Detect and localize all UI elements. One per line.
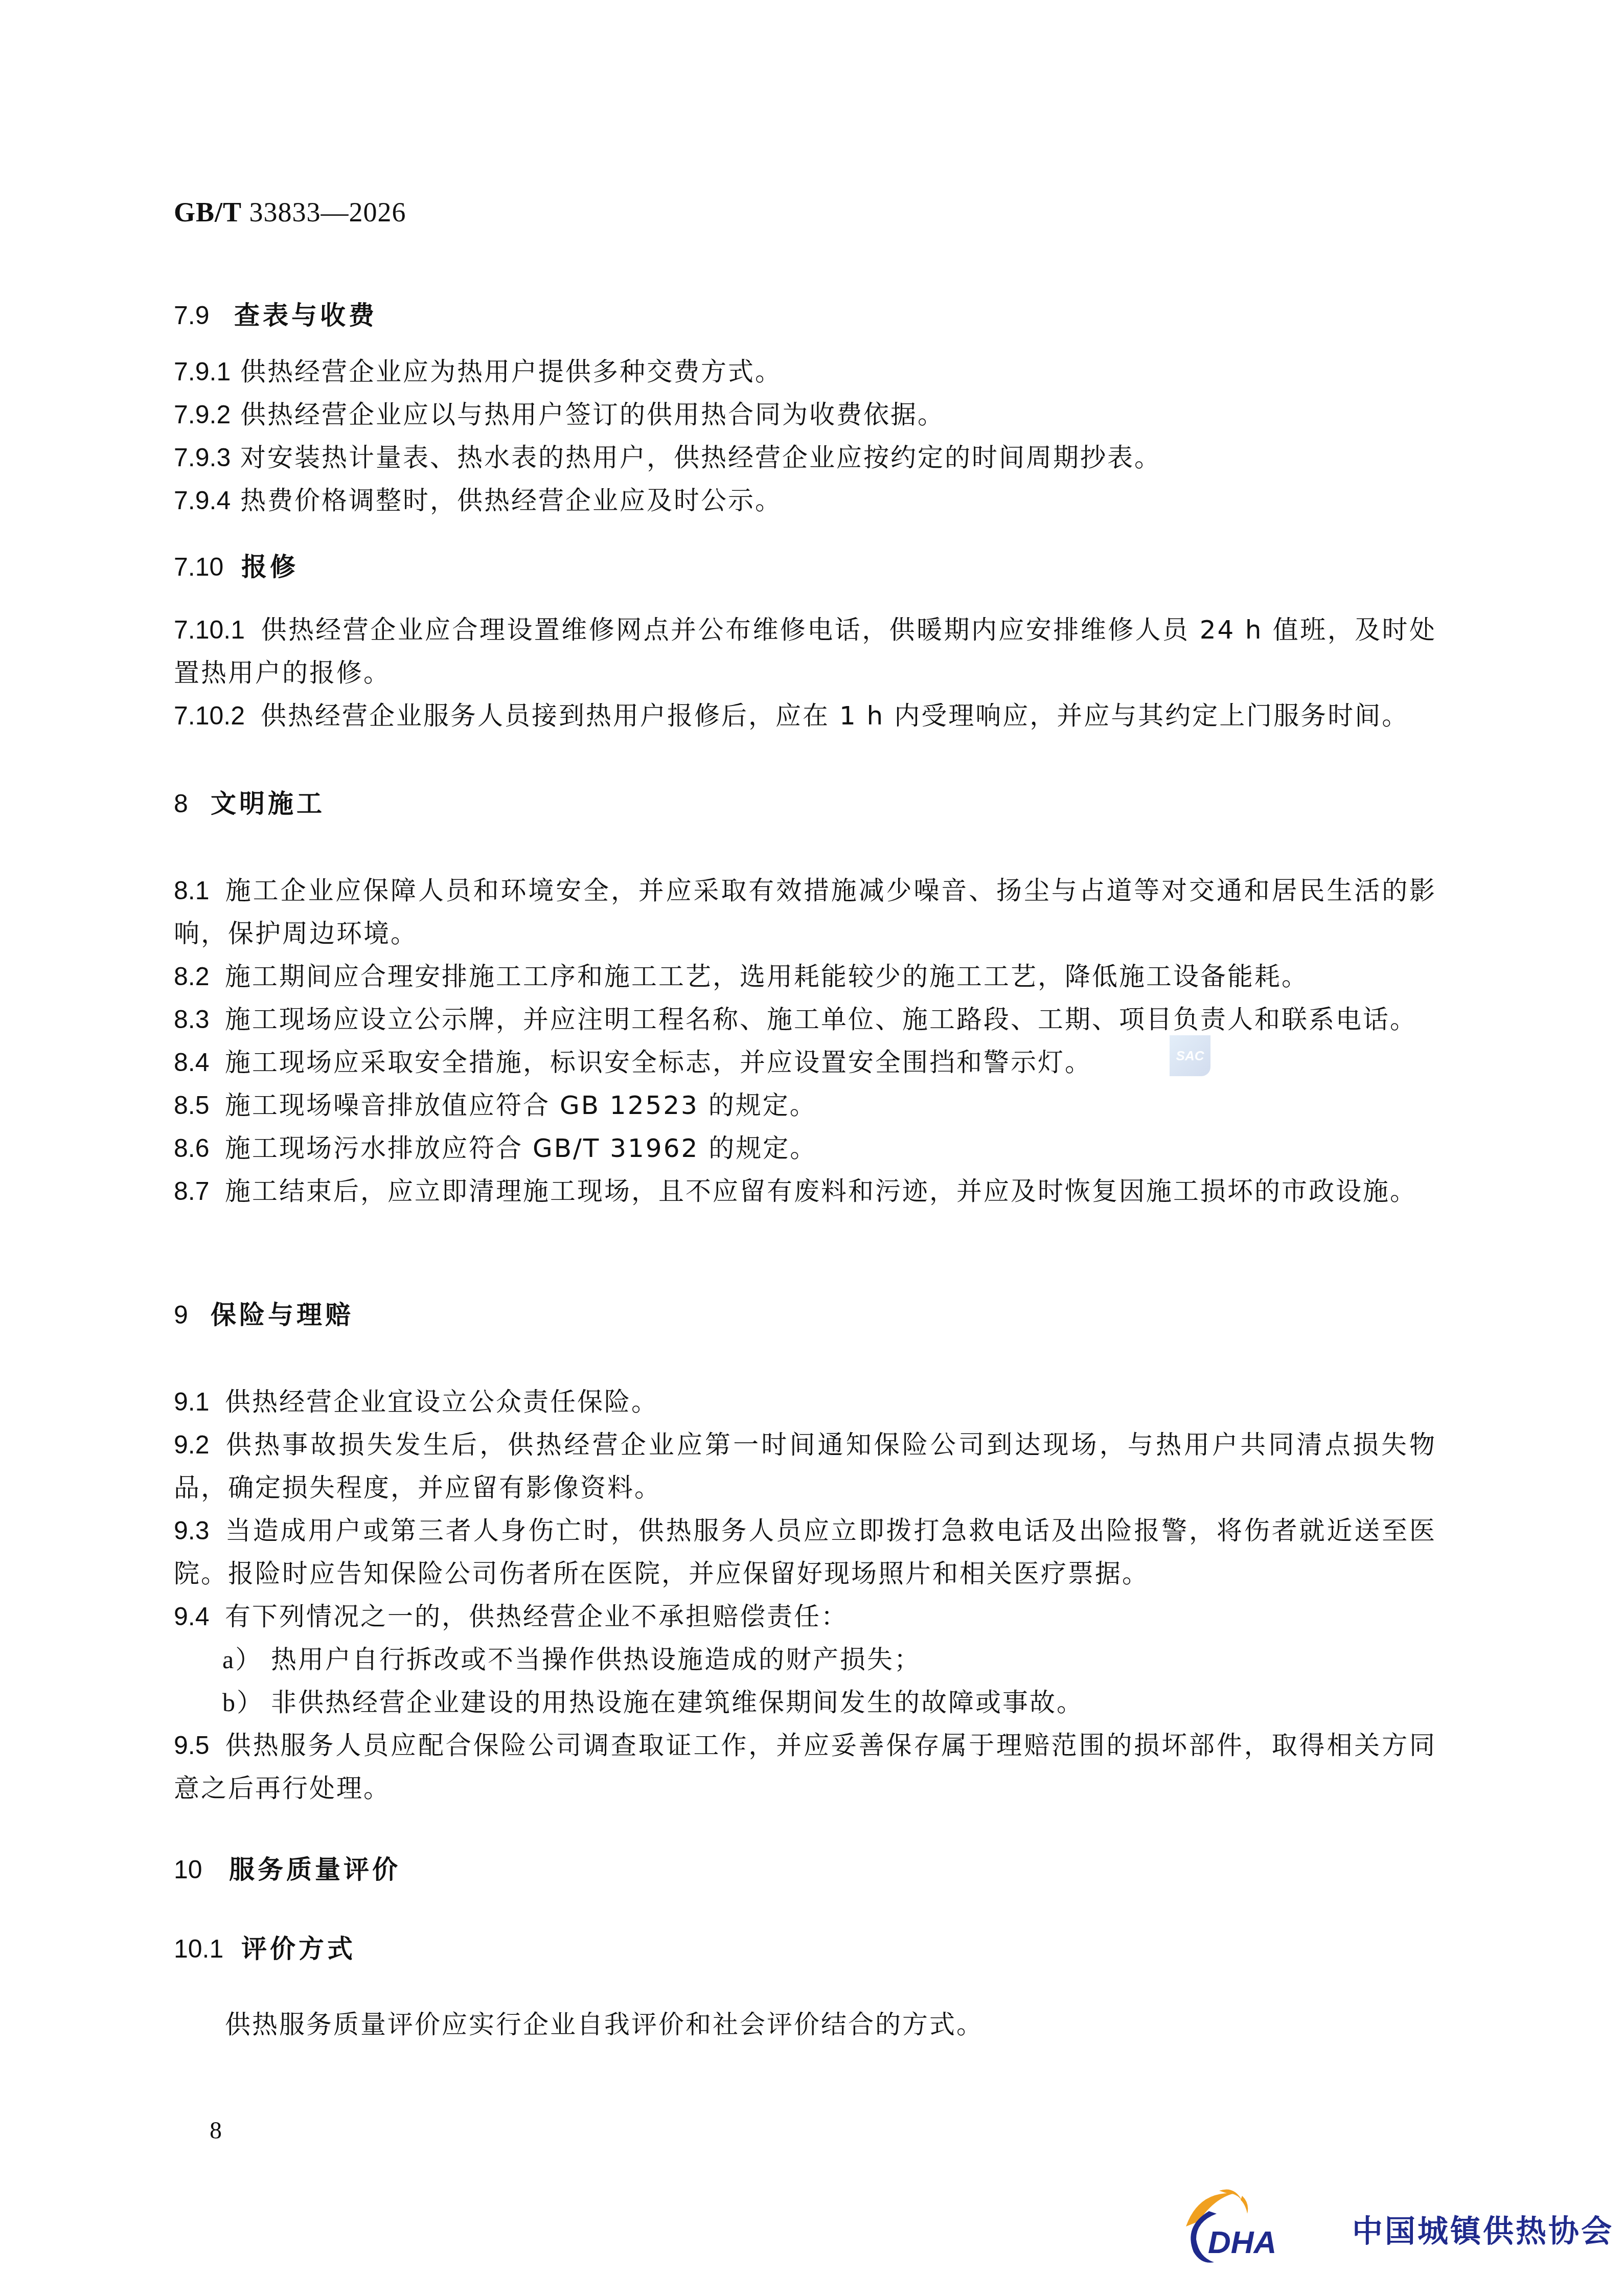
section-heading-10: 10服务质量评价 <box>174 1848 1436 1891</box>
clause-9-3: 9.3当造成用户或第三者人身伤亡时，供热服务人员应立即拨打急救电话及出险报警，将… <box>174 1509 1436 1595</box>
clause-8-6: 8.6施工现场污水排放应符合 GB/T 31962 的规定。 <box>174 1127 1436 1170</box>
clause-8-5: 8.5施工现场噪音排放值应符合 GB 12523 的规定。 <box>174 1084 1436 1127</box>
subsection-heading-10-1: 10.1评价方式 <box>174 1927 1436 1970</box>
section-heading-7-10: 7.10报修 <box>174 545 1436 588</box>
section-heading-8: 8文明施工 <box>174 782 1436 825</box>
clause-9-1: 9.1供热经营企业宜设立公众责任保险。 <box>174 1380 1436 1423</box>
clause-8-7: 8.7施工结束后，应立即清理施工现场，且不应留有废料和污迹，并应及时恢复因施工损… <box>174 1170 1436 1213</box>
standard-code: GB/T 33833—2026 <box>174 196 406 228</box>
sac-watermark-icon: SAC <box>1170 1035 1210 1076</box>
clause-7-9-4: 7.9.4热费价格调整时，供热经营企业应及时公示。 <box>174 479 1436 522</box>
section-heading-9: 9保险与理赔 <box>174 1293 1436 1336</box>
paragraph-10-1: 供热服务质量评价应实行企业自我评价和社会评价结合的方式。 <box>174 2003 1488 2046</box>
svg-text:DHA: DHA <box>1208 2225 1276 2260</box>
clause-8-1: 8.1施工企业应保障人员和环境安全，并应采取有效措施减少噪音、扬尘与占道等对交通… <box>174 869 1436 955</box>
clause-9-4: 9.4有下列情况之一的，供热经营企业不承担赔偿责任： <box>174 1595 1436 1638</box>
standard-prefix: GB/T <box>174 197 242 228</box>
clause-7-9-2: 7.9.2供热经营企业应以与热用户签订的供用热合同为收费依据。 <box>174 393 1436 436</box>
clause-7-9-3: 7.9.3对安装热计量表、热水表的热用户，供热经营企业应按约定的时间周期抄表。 <box>174 436 1436 479</box>
cdha-emblem-icon: DHA <box>1178 2180 1347 2267</box>
clause-9-2: 9.2供热事故损失发生后，供热经营企业应第一时间通知保险公司到达现场，与热用户共… <box>174 1423 1436 1509</box>
cdha-logo: DHA 中国城镇供热协会 <box>1178 2180 1618 2267</box>
list-item-a: a）热用户自行拆改或不当操作供热设施造成的财产损失； <box>174 1638 1485 1681</box>
list-item-b: b）非供热经营企业建设的用热设施在建筑维保期间发生的故障或事故。 <box>174 1681 1485 1724</box>
clause-7-10-1: 7.10.1供热经营企业应合理设置维修网点并公布维修电话，供暖期内应安排维修人员… <box>174 608 1436 694</box>
clause-8-4: 8.4施工现场应采取安全措施，标识安全标志，并应设置安全围挡和警示灯。 <box>174 1041 1436 1084</box>
clause-7-9-1: 7.9.1供热经营企业应为热用户提供多种交费方式。 <box>174 350 1436 393</box>
standard-number: 33833—2026 <box>249 197 406 228</box>
association-name: 中国城镇供热协会 <box>1352 2207 1614 2251</box>
clause-8-2: 8.2施工期间应合理安排施工工序和施工工艺，选用耗能较少的施工工艺，降低施工设备… <box>174 955 1436 998</box>
clause-7-10-2: 7.10.2供热经营企业服务人员接到热用户报修后，应在 1 h 内受理响应，并应… <box>174 694 1436 737</box>
clause-8-3: 8.3施工现场应设立公示牌，并应注明工程名称、施工单位、施工路段、工期、项目负责… <box>174 998 1436 1041</box>
clause-9-5: 9.5供热服务人员应配合保险公司调查取证工作，并应妥善保存属于理赔范围的损坏部件… <box>174 1724 1436 1810</box>
page-number: 8 <box>210 2117 222 2145</box>
section-heading-7-9: 7.9查表与收费 <box>174 294 1436 337</box>
